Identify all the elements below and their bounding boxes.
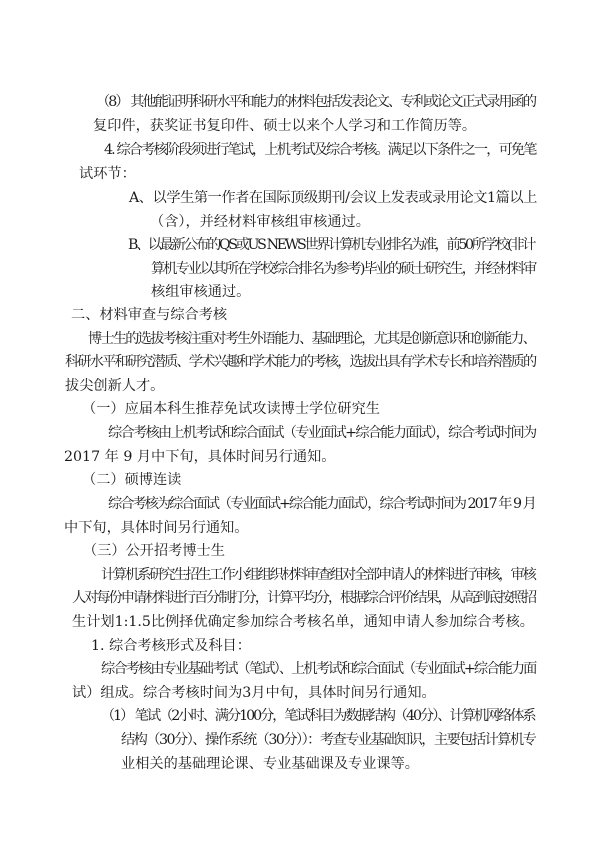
written-exam-line-1: （1） 笔试（2小时、满分100分，笔试科目为数据结构（40分）、计算机网络体系 bbox=[101, 707, 535, 725]
point-1-heading: 1. 综合考核形式及科目： bbox=[91, 637, 251, 655]
subsection-2-heading: （二）硕博连读 bbox=[82, 471, 181, 489]
condition-a-line-2: （含），并经材料审核组审核通过。 bbox=[150, 213, 370, 231]
item-8-line-2: 复印件，获奖证书复印件、硕士以来个人学习和工作简历等。 bbox=[93, 117, 476, 135]
subsection-3-para-line-3: 生计划1:1.5比例择优确定参加综合考核名单，通知申请人参加综合考核。 bbox=[72, 613, 534, 631]
section-2-intro-line-3: 拔尖创新人才。 bbox=[65, 377, 164, 395]
subsection-1-heading: （一）应届本科生推荐免试攻读博士学位研究生 bbox=[82, 400, 380, 418]
section-2-heading: 二、材料审查与综合考核 bbox=[71, 306, 227, 324]
condition-b-line-1: B、以最新公布的QS或US NEWS世界计算机专业排名为准，前50所学校(非计 bbox=[128, 236, 534, 254]
item-4-line-2: 试环节： bbox=[79, 165, 136, 183]
subsection-3-heading: （三）公开招考博士生 bbox=[83, 542, 225, 560]
subsection-2-line-1: 综合考核为综合面试（专业面试+综合能力面试），综合考试时间为 2017 年 9 … bbox=[108, 495, 535, 513]
condition-a-line-1: A、以学生第一作者在国际顶级期刊/会议上发表或录用论文1篇以上 bbox=[129, 189, 537, 207]
subsection-1-line-2: 2017 年 9 月中下旬，具体时间另行通知。 bbox=[64, 448, 335, 466]
item-8-line-1: （8） 其他能证明科研水平和能力的材料包括发表论文、专利或论文正式录用函的 bbox=[96, 93, 535, 111]
subsection-3-para-line-1: 计算机系研究生招生工作小组组织材料审查组对全部申请人的材料进行审核，审核 bbox=[101, 566, 535, 584]
section-2-intro-line-2: 科研水平和研究潜质、学术兴趣和学术能力的考核，选拔出具有学术专长和培养潜质的 bbox=[65, 353, 535, 371]
condition-b-line-3: 核组审核通过。 bbox=[151, 283, 250, 301]
written-exam-line-3: 业相关的基础理论课、专业基础课及专业课等。 bbox=[121, 755, 419, 773]
point-1-line-1: 综合考核由专业基础考试（笔试）、上机考试和综合面试（专业面试+综合能力面 bbox=[101, 660, 536, 678]
subsection-2-line-2: 中下旬，具体时间另行通知。 bbox=[64, 519, 248, 537]
item-4-line-1: 4. 综合考核阶段须进行笔试，上机考试及综合考核。满足以下条件之一，可免笔 bbox=[104, 141, 536, 159]
point-1-line-2: 试）组成。综合考核时间为3月中旬，具体时间另行通知。 bbox=[72, 684, 436, 702]
condition-b-line-2: 算机专业以其所在学校综合排名为参考)毕业的硕士研究生，并经材料审 bbox=[151, 260, 535, 278]
written-exam-line-2: 结构（30分）、操作系统（30分））：考查专业基础知识，主要包括计算机专 bbox=[121, 731, 535, 749]
subsection-1-line-1: 综合考核由上机考试和综合面试（专业面试+综合能力面试），综合考试时间为 bbox=[108, 424, 535, 442]
section-2-intro-line-1: 博士生的选拔考核注重对考生外语能力、基础理论，尤其是创新意识和创新能力、 bbox=[88, 330, 535, 348]
subsection-3-para-line-2: 人对每份申请材料进行百分制打分，计算平均分，根据综合评价结果，从高到底按照招 bbox=[72, 589, 535, 607]
document-page: （8） 其他能证明科研水平和能力的材料包括发表论文、专利或论文正式录用函的 复印… bbox=[0, 0, 600, 849]
